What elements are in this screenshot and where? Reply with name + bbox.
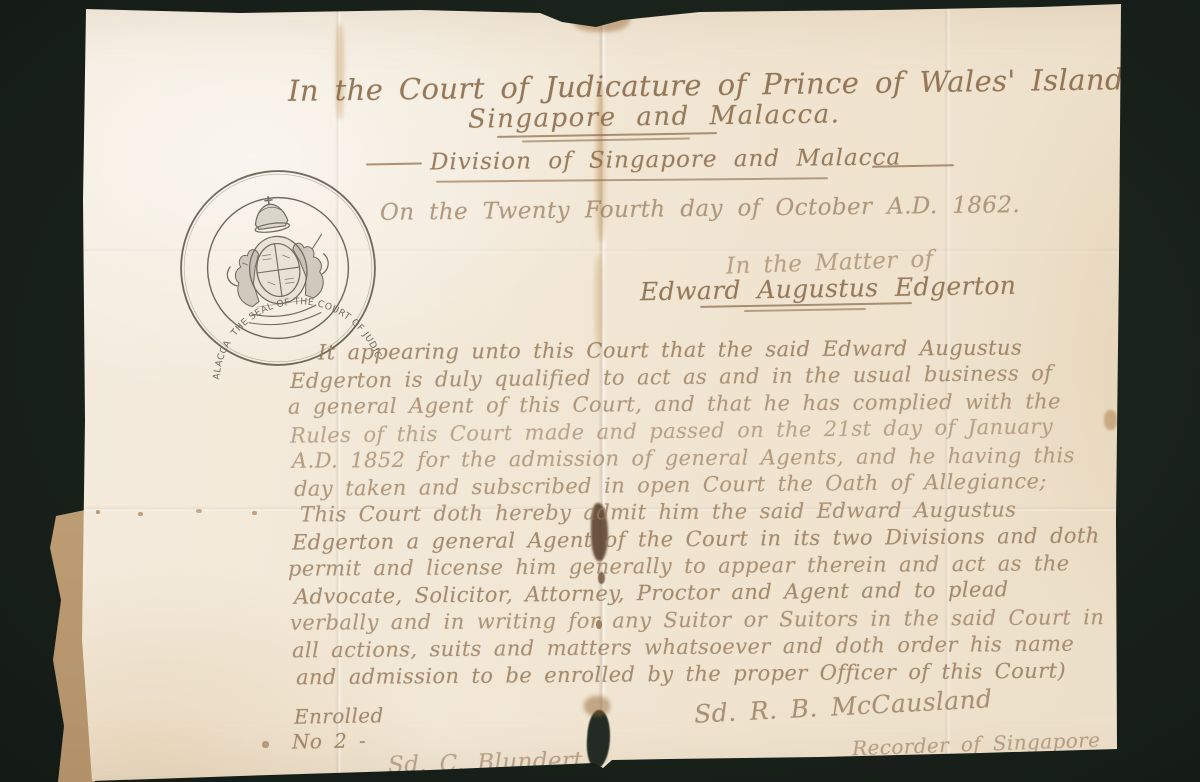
- photo-backdrop: THE SEAL OF THE COURT OF JUDICATURE OF P…: [0, 0, 1200, 782]
- body-line: This Court doth hereby admit him the sai…: [300, 497, 1017, 526]
- stain-dot-bottom-left: [262, 741, 269, 748]
- stain-top-burn: [572, 6, 630, 32]
- enrolled-label: Enrolled: [294, 703, 384, 729]
- heading-settlements-line: Singapore and Malacca.: [468, 99, 841, 134]
- clerk-signature: Sd. C. Blundert: [388, 747, 584, 778]
- stain-center-fold-mid: [595, 255, 602, 350]
- enrollment-number: No 2 -: [292, 728, 367, 753]
- stain-right-edge: [1104, 410, 1117, 430]
- body-line: It appearing unto this Court that the sa…: [318, 336, 1022, 365]
- division-line: Division of Singapore and Malacca: [430, 145, 901, 176]
- document-paper: THE SEAL OF THE COURT OF JUDICATURE OF P…: [0, 0, 1200, 782]
- speckle-4: [252, 511, 257, 515]
- speckle-3: [196, 509, 202, 513]
- stain-top-burn-core: [590, 9, 610, 21]
- speckle-2: [138, 512, 143, 516]
- stain-around-hole: [584, 696, 610, 716]
- crown-icon: [251, 194, 290, 234]
- speckle-1: [96, 510, 100, 514]
